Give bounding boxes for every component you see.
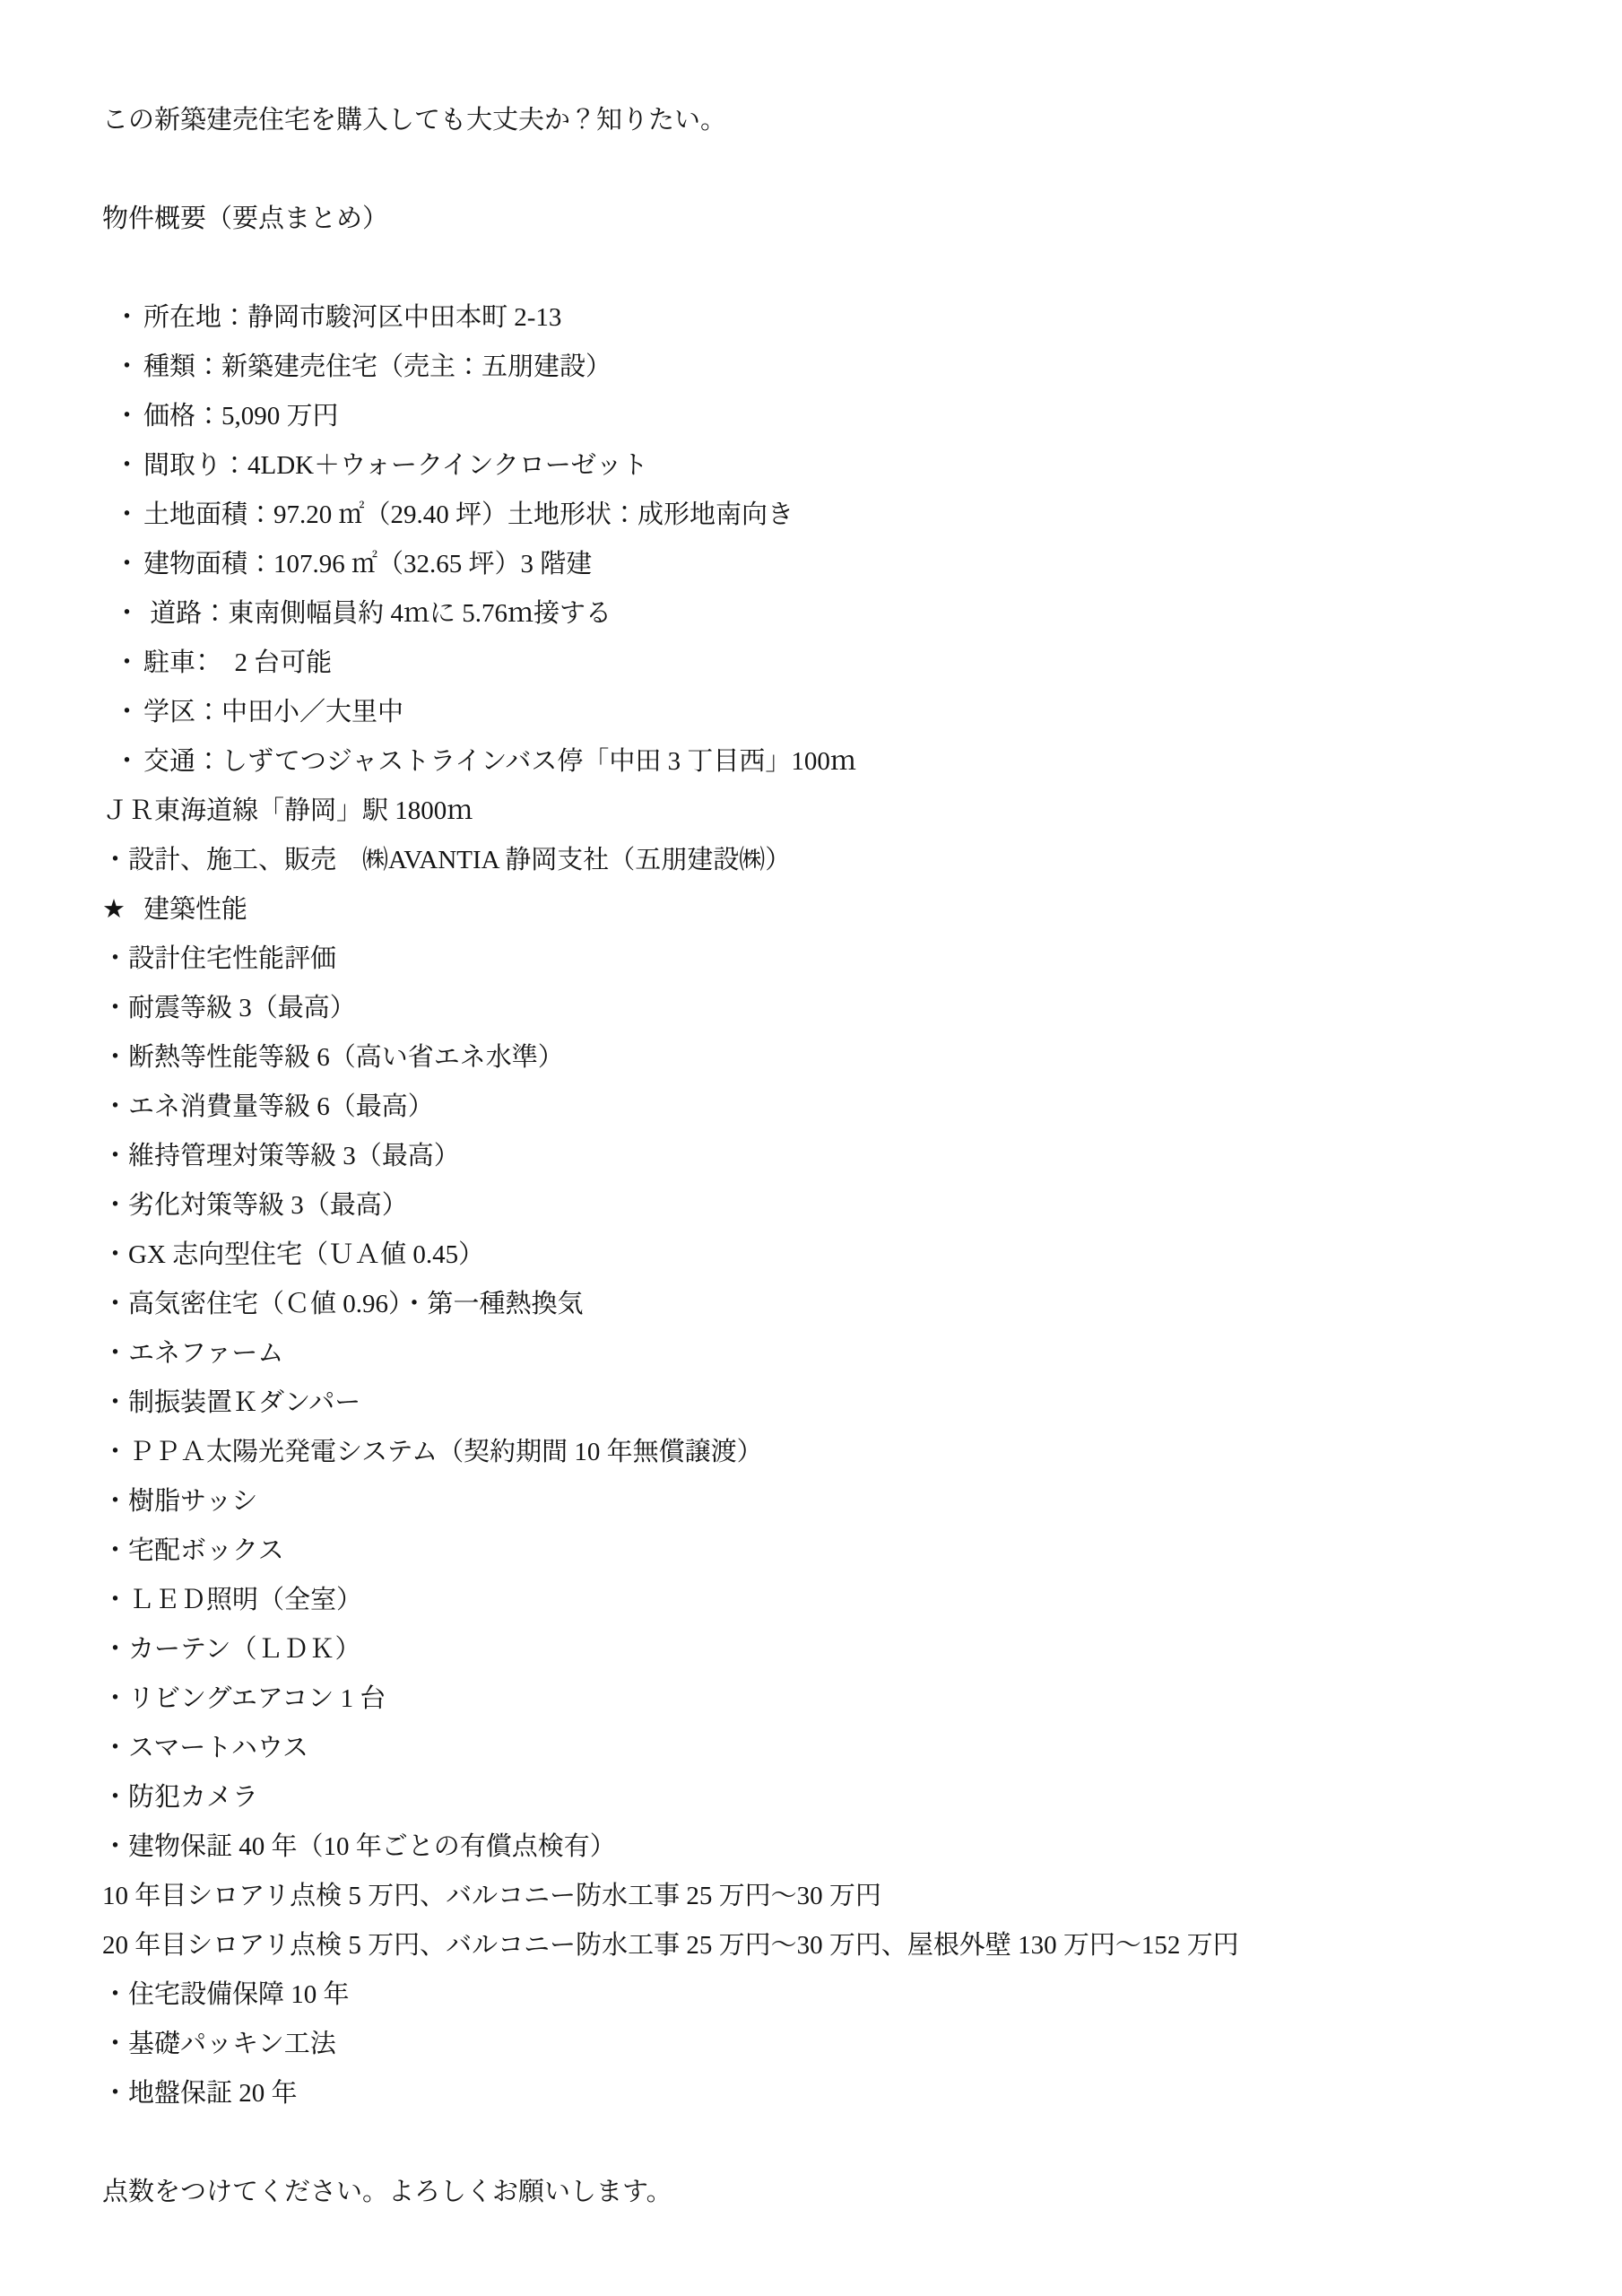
overview-item-floorplan: ・間取り：4LDK＋ウォークインクローゼット (0, 441, 1622, 491)
maintenance-cost-text: 10 年目シロアリ点検 5 万円、バルコニー防水工事 25 万円～30 万円 (102, 1882, 881, 1910)
perf-item: ・耐震等級 3（最高） (0, 984, 1622, 1033)
perf-item: ・防犯カメラ (0, 1773, 1622, 1822)
perf-item-text: ・リビングエアコン 1 台 (102, 1684, 386, 1713)
overview-item-text: 建物面積：107.96 ㎡（32.65 坪）3 階建 (143, 540, 592, 589)
overview-item-text: 交通：しずてつジャストラインバス停「中田 3 丁目西」100ｍ (143, 737, 856, 787)
overview-item-transit: ・交通：しずてつジャストラインバス停「中田 3 丁目西」100ｍ (0, 737, 1622, 787)
maintenance-cost-text: 20 年目シロアリ点検 5 万円、バルコニー防水工事 25 万円～30 万円、屋… (102, 1931, 1239, 1960)
perf-item: ・GX 志向型住宅（ＵＡ値 0.45） (0, 1231, 1622, 1280)
warranty-item-text: ・基礎パッキン工法 (102, 2030, 336, 2058)
bullet-icon: ・ (114, 441, 143, 491)
perf-item: ・劣化対策等級 3（最高） (0, 1181, 1622, 1231)
perf-item: ・エネファーム (0, 1329, 1622, 1378)
bullet-icon: ・ (114, 639, 143, 688)
perf-item-text: ・断熱等性能等級 6（高い省エネ水準） (102, 1043, 564, 1072)
transit-continuation-text: ＪＲ東海道線「静岡」駅 1800ｍ (102, 796, 473, 825)
perf-item: ・スマートハウス (0, 1724, 1622, 1773)
closing-request-line: 点数をつけてください。よろしくお願いします。 (0, 2168, 1622, 2217)
document-page: この新築建売住宅を購入しても大丈夫か？知りたい。 物件概要（要点まとめ） ・所在… (0, 0, 1622, 2296)
perf-item: ・樹脂サッシ (0, 1477, 1622, 1526)
overview-item-road: ・ 道路：東南側幅員約 4ｍに 5.76ｍ接する (0, 589, 1622, 639)
perf-item-text: ・設計住宅性能評価 (102, 944, 336, 973)
overview-item-parking: ・駐車： 2 台可能 (0, 639, 1622, 688)
overview-item-text: 種類：新築建売住宅（売主：五朋建設） (143, 343, 612, 392)
overview-item-text: 道路：東南側幅員約 4ｍに 5.76ｍ接する (143, 589, 612, 639)
overview-item-text: 土地面積：97.20 ㎡（29.40 坪）土地形状：成形地南向き (143, 491, 794, 540)
performance-heading-text: 建築性能 (143, 895, 247, 924)
perf-item-text: ・エネ消費量等級 6（最高） (102, 1092, 434, 1121)
transit-continuation-line: ＪＲ東海道線「静岡」駅 1800ｍ (0, 787, 1622, 836)
bullet-icon: ・ (114, 589, 143, 639)
perf-item-text: ・エネファーム (102, 1339, 283, 1368)
perf-item-text: ・樹脂サッシ (102, 1487, 257, 1516)
perf-item-text: ・ＰＰＡ太陽光発電システム（契約期間 10 年無償譲渡） (102, 1438, 763, 1466)
closing-request-text: 点数をつけてください。よろしくお願いします。 (102, 2178, 672, 2206)
maintenance-cost-year20: 20 年目シロアリ点検 5 万円、バルコニー防水工事 25 万円～30 万円、屋… (0, 1921, 1622, 1970)
performance-heading: ★建築性能 (0, 885, 1622, 935)
perf-item-text: ・防犯カメラ (102, 1783, 258, 1812)
warranty-item-text: ・住宅設備保障 10 年 (102, 1980, 350, 2009)
question-text: この新築建売住宅を購入しても大丈夫か？知りたい。 (102, 106, 726, 135)
perf-item-text: ・スマートハウス (102, 1734, 308, 1762)
section-heading: 物件概要（要点まとめ） (0, 195, 1622, 244)
bullet-icon: ・ (114, 343, 143, 392)
perf-item: ・維持管理対策等級 3（最高） (0, 1132, 1622, 1181)
design-sales-text: ・設計、施工、販売 ㈱AVANTIA 静岡支社（五朋建設㈱） (102, 846, 791, 874)
perf-item-text: ・耐震等級 3（最高） (102, 994, 356, 1022)
perf-item: ・高気密住宅（Ｃ値 0.96）・第一種熱換気 (0, 1280, 1622, 1329)
perf-item-text: ・ＬＥＤ照明（全室） (102, 1586, 362, 1614)
perf-item-text: ・カーテン（ＬＤＫ） (102, 1635, 361, 1664)
bullet-icon: ・ (114, 293, 143, 343)
warranty-item-text: ・地盤保証 20 年 (102, 2079, 298, 2108)
section-heading-text: 物件概要（要点まとめ） (102, 204, 388, 233)
overview-item-school-district: ・学区：中田小／大里中 (0, 688, 1622, 737)
perf-item-text: ・制振装置Ｋダンパー (102, 1388, 360, 1417)
star-icon: ★ (102, 885, 126, 935)
blank-line (0, 145, 1622, 195)
perf-item: ・建物保証 40 年（10 年ごとの有償点検有） (0, 1822, 1622, 1872)
perf-item: ・ＬＥＤ照明（全室） (0, 1576, 1622, 1625)
blank-line (0, 244, 1622, 293)
bullet-icon: ・ (114, 540, 143, 589)
overview-item-text: 学区：中田小／大里中 (143, 688, 403, 737)
overview-item-building-area: ・建物面積：107.96 ㎡（32.65 坪）3 階建 (0, 540, 1622, 589)
warranty-item-equipment: ・住宅設備保障 10 年 (0, 1970, 1622, 2020)
perf-item-text: ・宅配ボックス (102, 1536, 284, 1565)
warranty-item-ground: ・地盤保証 20 年 (0, 2069, 1622, 2118)
perf-item-text: ・建物保証 40 年（10 年ごとの有償点検有） (102, 1832, 616, 1861)
bullet-icon: ・ (114, 688, 143, 737)
overview-item-location: ・所在地：静岡市駿河区中田本町 2-13 (0, 293, 1622, 343)
perf-item-text: ・維持管理対策等級 3（最高） (102, 1142, 460, 1170)
perf-item: ・エネ消費量等級 6（最高） (0, 1083, 1622, 1132)
maintenance-cost-year10: 10 年目シロアリ点検 5 万円、バルコニー防水工事 25 万円～30 万円 (0, 1872, 1622, 1921)
perf-item-text: ・高気密住宅（Ｃ値 0.96）・第一種熱換気 (102, 1290, 584, 1318)
overview-item-type: ・種類：新築建売住宅（売主：五朋建設） (0, 343, 1622, 392)
overview-item-land-area: ・土地面積：97.20 ㎡（29.40 坪）土地形状：成形地南向き (0, 491, 1622, 540)
overview-item-text: 間取り：4LDK＋ウォークインクローゼット (143, 441, 648, 491)
overview-item-price: ・価格：5,090 万円 (0, 392, 1622, 441)
perf-item: ・リビングエアコン 1 台 (0, 1674, 1622, 1724)
bullet-icon: ・ (114, 737, 143, 787)
warranty-item-foundation: ・基礎パッキン工法 (0, 2020, 1622, 2069)
perf-item-text: ・劣化対策等級 3（最高） (102, 1191, 408, 1220)
perf-item: ・カーテン（ＬＤＫ） (0, 1625, 1622, 1674)
perf-item: ・断熱等性能等級 6（高い省エネ水準） (0, 1033, 1622, 1083)
bullet-icon: ・ (114, 392, 143, 441)
overview-item-text: 価格：5,090 万円 (143, 392, 339, 441)
perf-item: ・宅配ボックス (0, 1526, 1622, 1576)
overview-item-text: 所在地：静岡市駿河区中田本町 2-13 (143, 293, 561, 343)
perf-item: ・制振装置Ｋダンパー (0, 1378, 1622, 1428)
question-line: この新築建売住宅を購入しても大丈夫か？知りたい。 (0, 96, 1622, 145)
perf-item: ・ＰＰＡ太陽光発電システム（契約期間 10 年無償譲渡） (0, 1428, 1622, 1477)
perf-item: ・設計住宅性能評価 (0, 935, 1622, 984)
overview-item-text: 駐車： 2 台可能 (143, 639, 332, 688)
bullet-icon: ・ (114, 491, 143, 540)
design-sales-line: ・設計、施工、販売 ㈱AVANTIA 静岡支社（五朋建設㈱） (0, 836, 1622, 885)
perf-item-text: ・GX 志向型住宅（ＵＡ値 0.45） (102, 1240, 484, 1269)
blank-line (0, 2118, 1622, 2168)
